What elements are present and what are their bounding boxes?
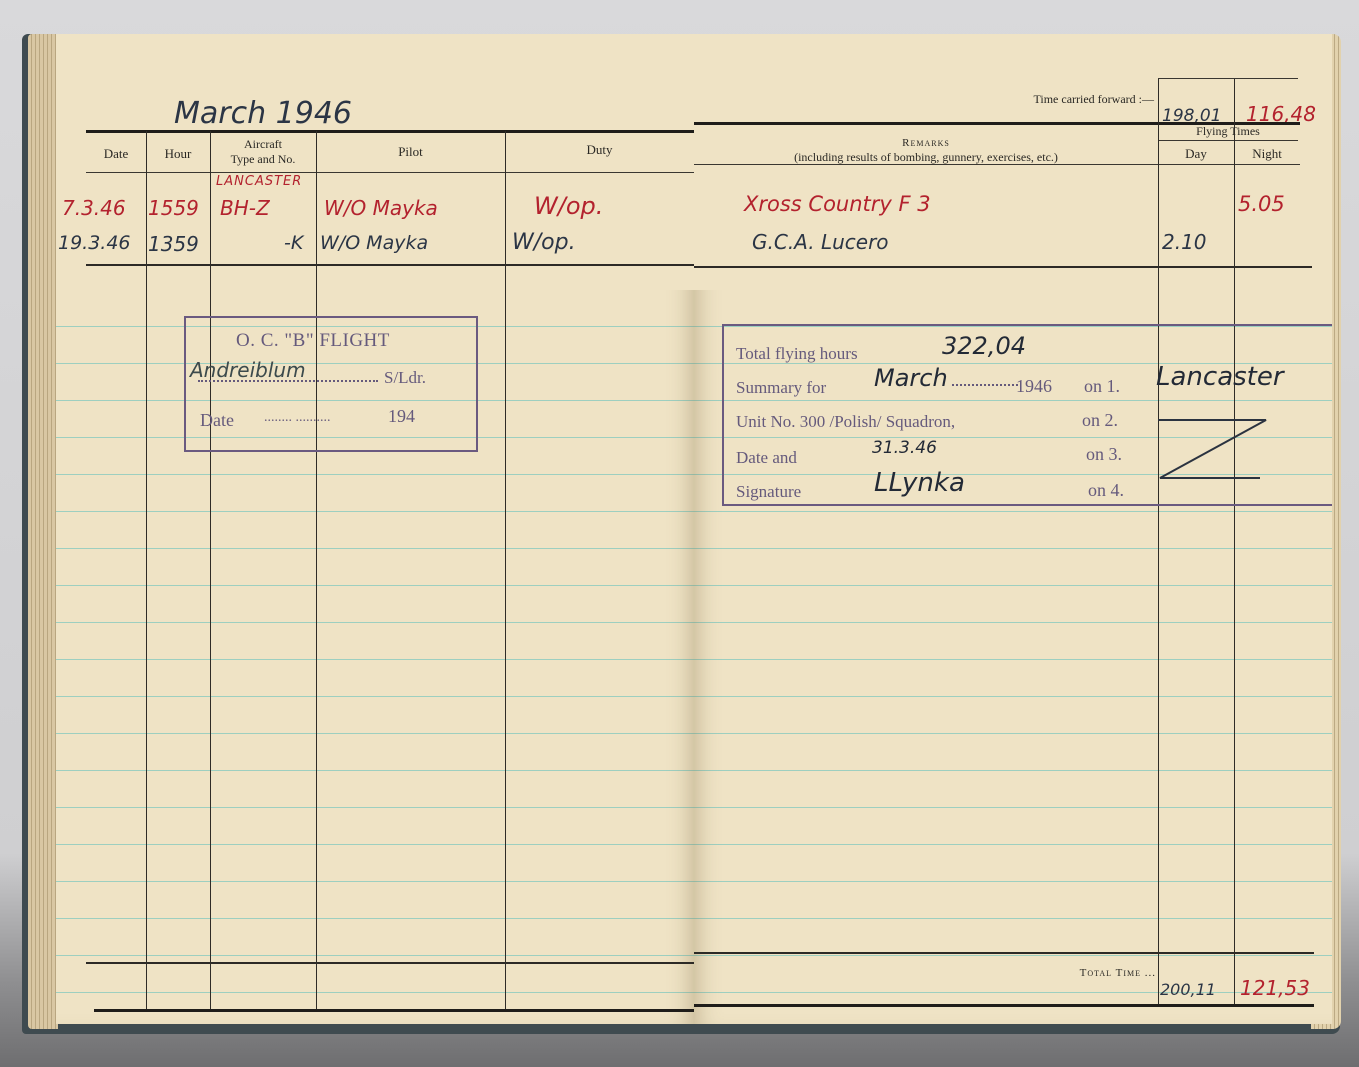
- left-page: March 1946 Date Hour Aircraft Type and N…: [56, 34, 694, 1024]
- column-header-aircraft: Aircraft Type and No.: [210, 137, 316, 167]
- total-day: 200,11: [1160, 980, 1216, 999]
- month-heading: March 1946: [174, 96, 352, 131]
- total-night: 121,53: [1240, 976, 1310, 1000]
- right-page: Time carried forward :— 198,01 116,48 Re…: [694, 34, 1332, 1024]
- oc-stamp-date-label: Date: [200, 410, 234, 431]
- page-bottom-rule: [694, 1004, 1314, 1007]
- page-bottom-rule: [94, 1009, 694, 1012]
- footer-rule: [86, 962, 694, 964]
- header-top-rule: [86, 130, 694, 133]
- column-header-hour: Hour: [146, 146, 210, 161]
- signature-label: Signature: [736, 482, 801, 502]
- total-flying-hours-value: 322,04: [942, 332, 1026, 360]
- total-time-label: Total Time ...: [994, 966, 1156, 981]
- entry-date: 7.3.46: [62, 196, 126, 220]
- night-header: Night: [1234, 146, 1300, 161]
- flying-times-header: Flying Times: [1158, 124, 1298, 139]
- remarks-text: Xross Country F 3: [744, 192, 931, 216]
- z-mark-strikethrough: [1154, 416, 1294, 486]
- summary-month: March: [874, 364, 948, 392]
- oc-stamp-title: O. C. "B" FLIGHT: [236, 330, 390, 352]
- entry-aircraft: -K: [284, 232, 303, 254]
- summary-date-value: 31.3.46: [872, 438, 937, 458]
- flying-times-rule: [1158, 140, 1298, 141]
- monthly-summary-stamp: Total flying hours 322,04 Summary for Ma…: [722, 324, 1332, 506]
- column-header-pilot: Pilot: [316, 144, 505, 159]
- header-bottom-rule: [86, 172, 694, 173]
- entry-date: 19.3.46: [58, 232, 131, 254]
- unit-label: Unit No. 300 /Polish/ Squadron,: [736, 412, 955, 432]
- footer-rule: [694, 952, 1314, 954]
- summary-for-label: Summary for: [736, 378, 826, 398]
- entry-pilot: W/O Mayka: [324, 196, 438, 220]
- on-label-1: on 1.: [1084, 376, 1120, 397]
- time-carried-forward-label: Time carried forward :—: [994, 92, 1154, 107]
- entry-duty: W/op.: [512, 230, 576, 255]
- date-and-label: Date and: [736, 448, 797, 468]
- oc-flight-stamp: O. C. "B" FLIGHT Andreiblum S/Ldr. Date …: [184, 316, 478, 452]
- oc-stamp-signature: Andreiblum: [190, 358, 306, 382]
- entry-hour: 1359: [148, 232, 199, 256]
- oc-stamp-year: 194: [388, 406, 415, 427]
- entry-hour: 1559: [148, 196, 199, 220]
- summary-year: 1946: [1016, 376, 1052, 397]
- on-label-2: on 2.: [1082, 410, 1118, 431]
- remarks-header: Remarks: [694, 136, 1158, 151]
- on-label-3: on 3.: [1086, 444, 1122, 465]
- remarks-text: G.C.A. Lucero: [752, 230, 889, 254]
- day-header: Day: [1158, 146, 1234, 161]
- aircraft-type-1: Lancaster: [1156, 362, 1284, 392]
- entry-pilot: W/O Mayka: [320, 232, 428, 254]
- entries-bottom-rule: [694, 266, 1312, 268]
- page-edges-left: [28, 34, 58, 1029]
- on-label-4: on 4.: [1088, 480, 1124, 501]
- entry-duty: W/op.: [534, 192, 603, 220]
- remarks-subheader: (including results of bombing, gunnery, …: [694, 150, 1158, 165]
- entry-aircraft: BH-Z: [220, 196, 270, 220]
- aircraft-type-note: LANCASTER: [216, 174, 302, 189]
- oc-stamp-rank: S/Ldr.: [384, 368, 426, 388]
- total-flying-hours-label: Total flying hours: [736, 344, 858, 364]
- column-header-duty: Duty: [505, 142, 694, 157]
- column-header-date: Date: [86, 146, 146, 161]
- oc-stamp-date-dots: ........ ..........: [264, 410, 331, 426]
- night-time: 5.05: [1238, 192, 1285, 216]
- entries-bottom-rule: [86, 264, 694, 266]
- day-time: 2.10: [1162, 230, 1207, 254]
- summary-signature: LLynka: [874, 468, 965, 498]
